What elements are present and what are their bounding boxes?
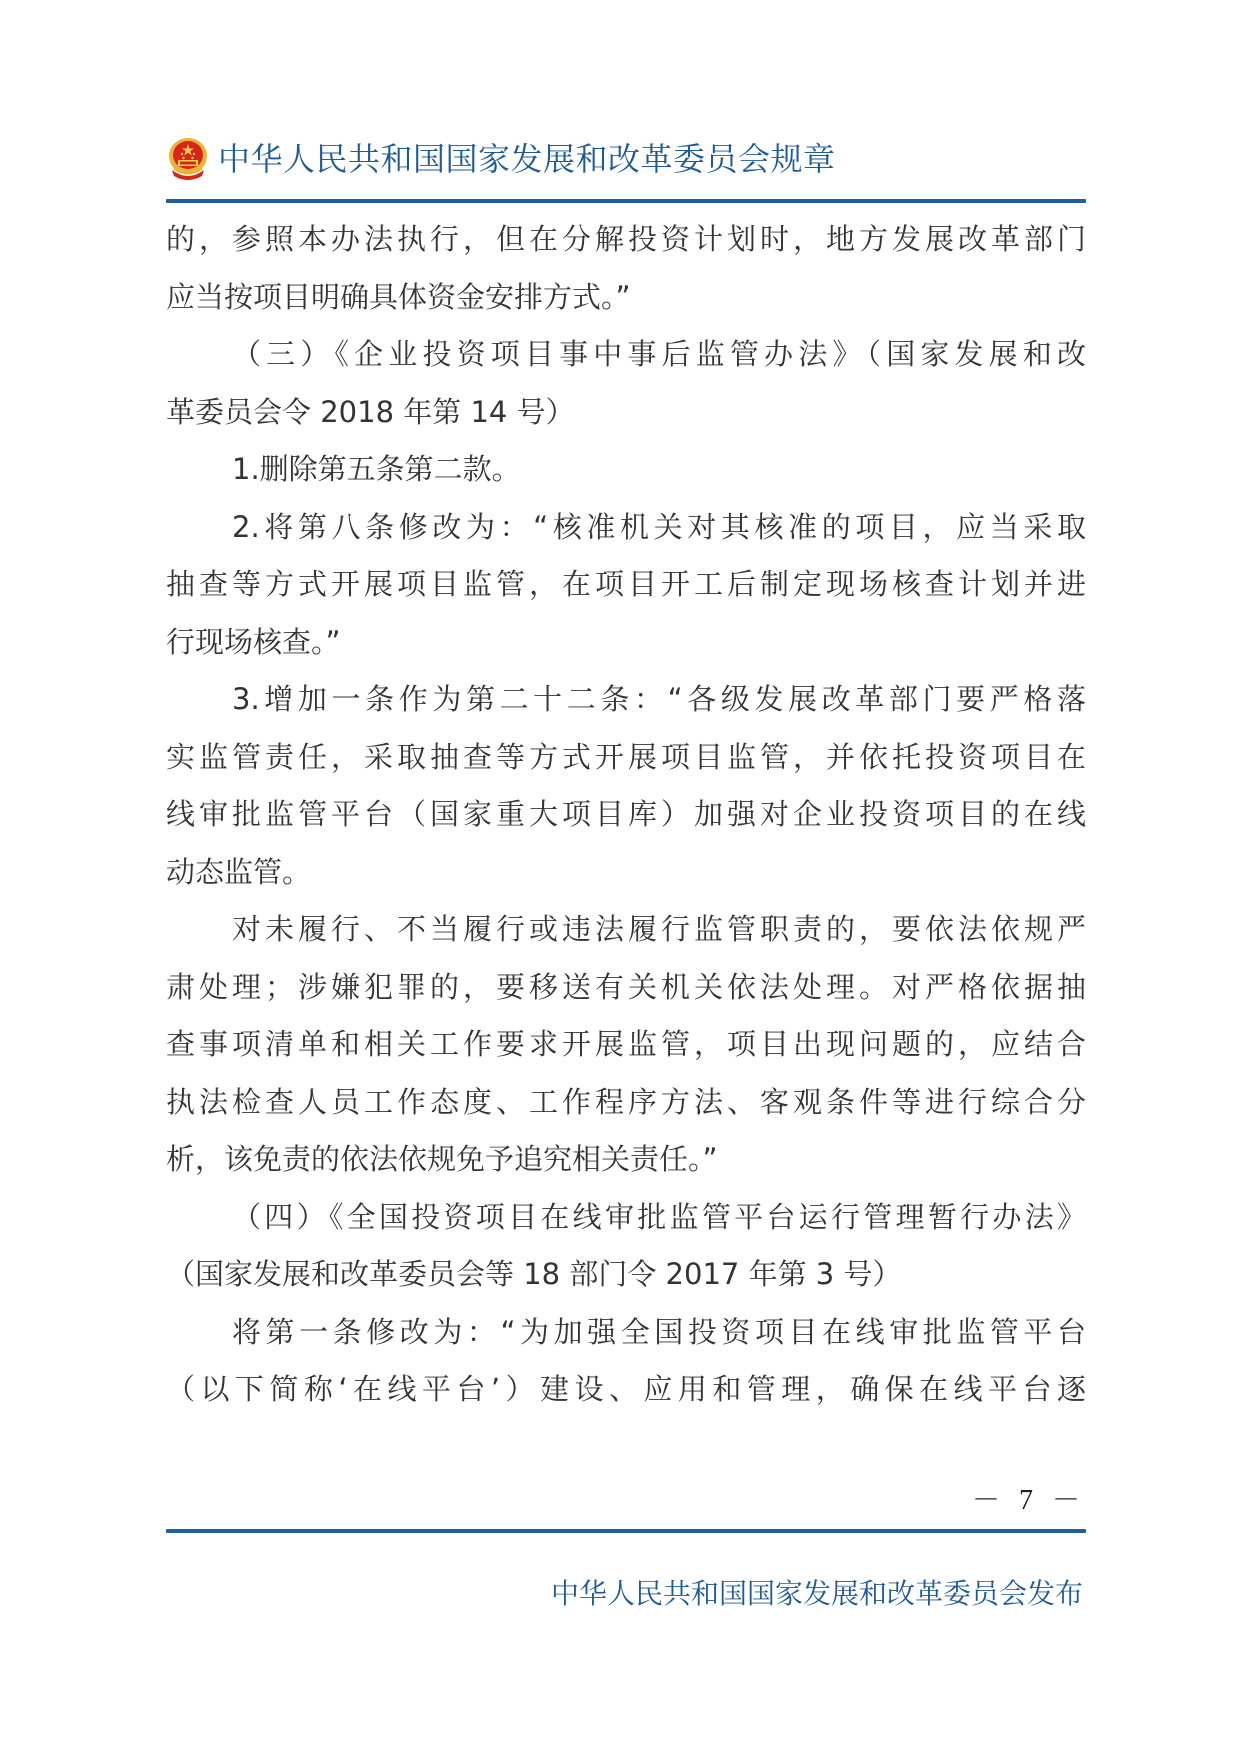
national-emblem-icon [166,136,210,182]
text-line: 将第一条修改为：“为加强全国投资项目在线审批监管平台 [166,1304,1086,1362]
text-line: （国家发展和改革委员会等 18 部门令 2017 年第 3 号） [166,1246,1086,1304]
text-line: 应当按项目明确具体资金安排方式。” [166,269,1086,327]
text-line: 查事项清单和相关工作要求开展监管，项目出现问题的，应结合 [166,1016,1086,1074]
footer-publisher: 中华人民共和国国家发展和改革委员会发布 [551,1574,1083,1614]
text-line: 肃处理；涉嫌犯罪的，要移送有关机关依法处理。对严格依据抽 [166,959,1086,1017]
text-line: 行现场核查。” [166,614,1086,672]
text-line: 2.将第八条修改为：“核准机关对其核准的项目，应当采取 [166,499,1086,557]
text-line: （三）《企业投资项目事中事后监管办法》（国家发展和改 [166,326,1086,384]
text-line: 动态监管。 [166,844,1086,902]
footer-divider [166,1529,1086,1533]
text-line: 执法检查人员工作态度、工作程序方法、客观条件等进行综合分 [166,1074,1086,1132]
text-line: 线审批监管平台（国家重大项目库）加强对企业投资项目的在线 [166,786,1086,844]
text-line: 1.删除第五条第二款。 [166,441,1086,499]
header-divider [166,199,1086,203]
text-line: 析，该免责的依法依规免予追究相关责任。” [166,1131,1086,1189]
page-header: 中华人民共和国国家发展和改革委员会规章 [166,134,1086,184]
text-line: 革委员会令 2018 年第 14 号） [166,384,1086,442]
text-line: 实监管责任，采取抽查等方式开展项目监管，并依托投资项目在 [166,729,1086,787]
text-line: 的，参照本办法执行，但在分解投资计划时，地方发展改革部门 [166,211,1086,269]
text-line: 3.增加一条作为第二十二条：“各级发展改革部门要严格落 [166,671,1086,729]
text-line: 抽查等方式开展项目监管，在项目开工后制定现场核查计划并进 [166,556,1086,614]
text-line: （四）《全国投资项目在线审批监管平台运行管理暂行办法》 [166,1189,1086,1247]
page-number: － 7 － [960,1478,1086,1518]
text-line: 对未履行、不当履行或违法履行监管职责的，要依法依规严 [166,901,1086,959]
header-title: 中华人民共和国国家发展和改革委员会规章 [218,139,836,179]
text-line: （以下简称‘在线平台’）建设、应用和管理，确保在线平台逐 [166,1361,1086,1419]
document-body: 的，参照本办法执行，但在分解投资计划时，地方发展改革部门应当按项目明确具体资金安… [166,211,1086,1419]
